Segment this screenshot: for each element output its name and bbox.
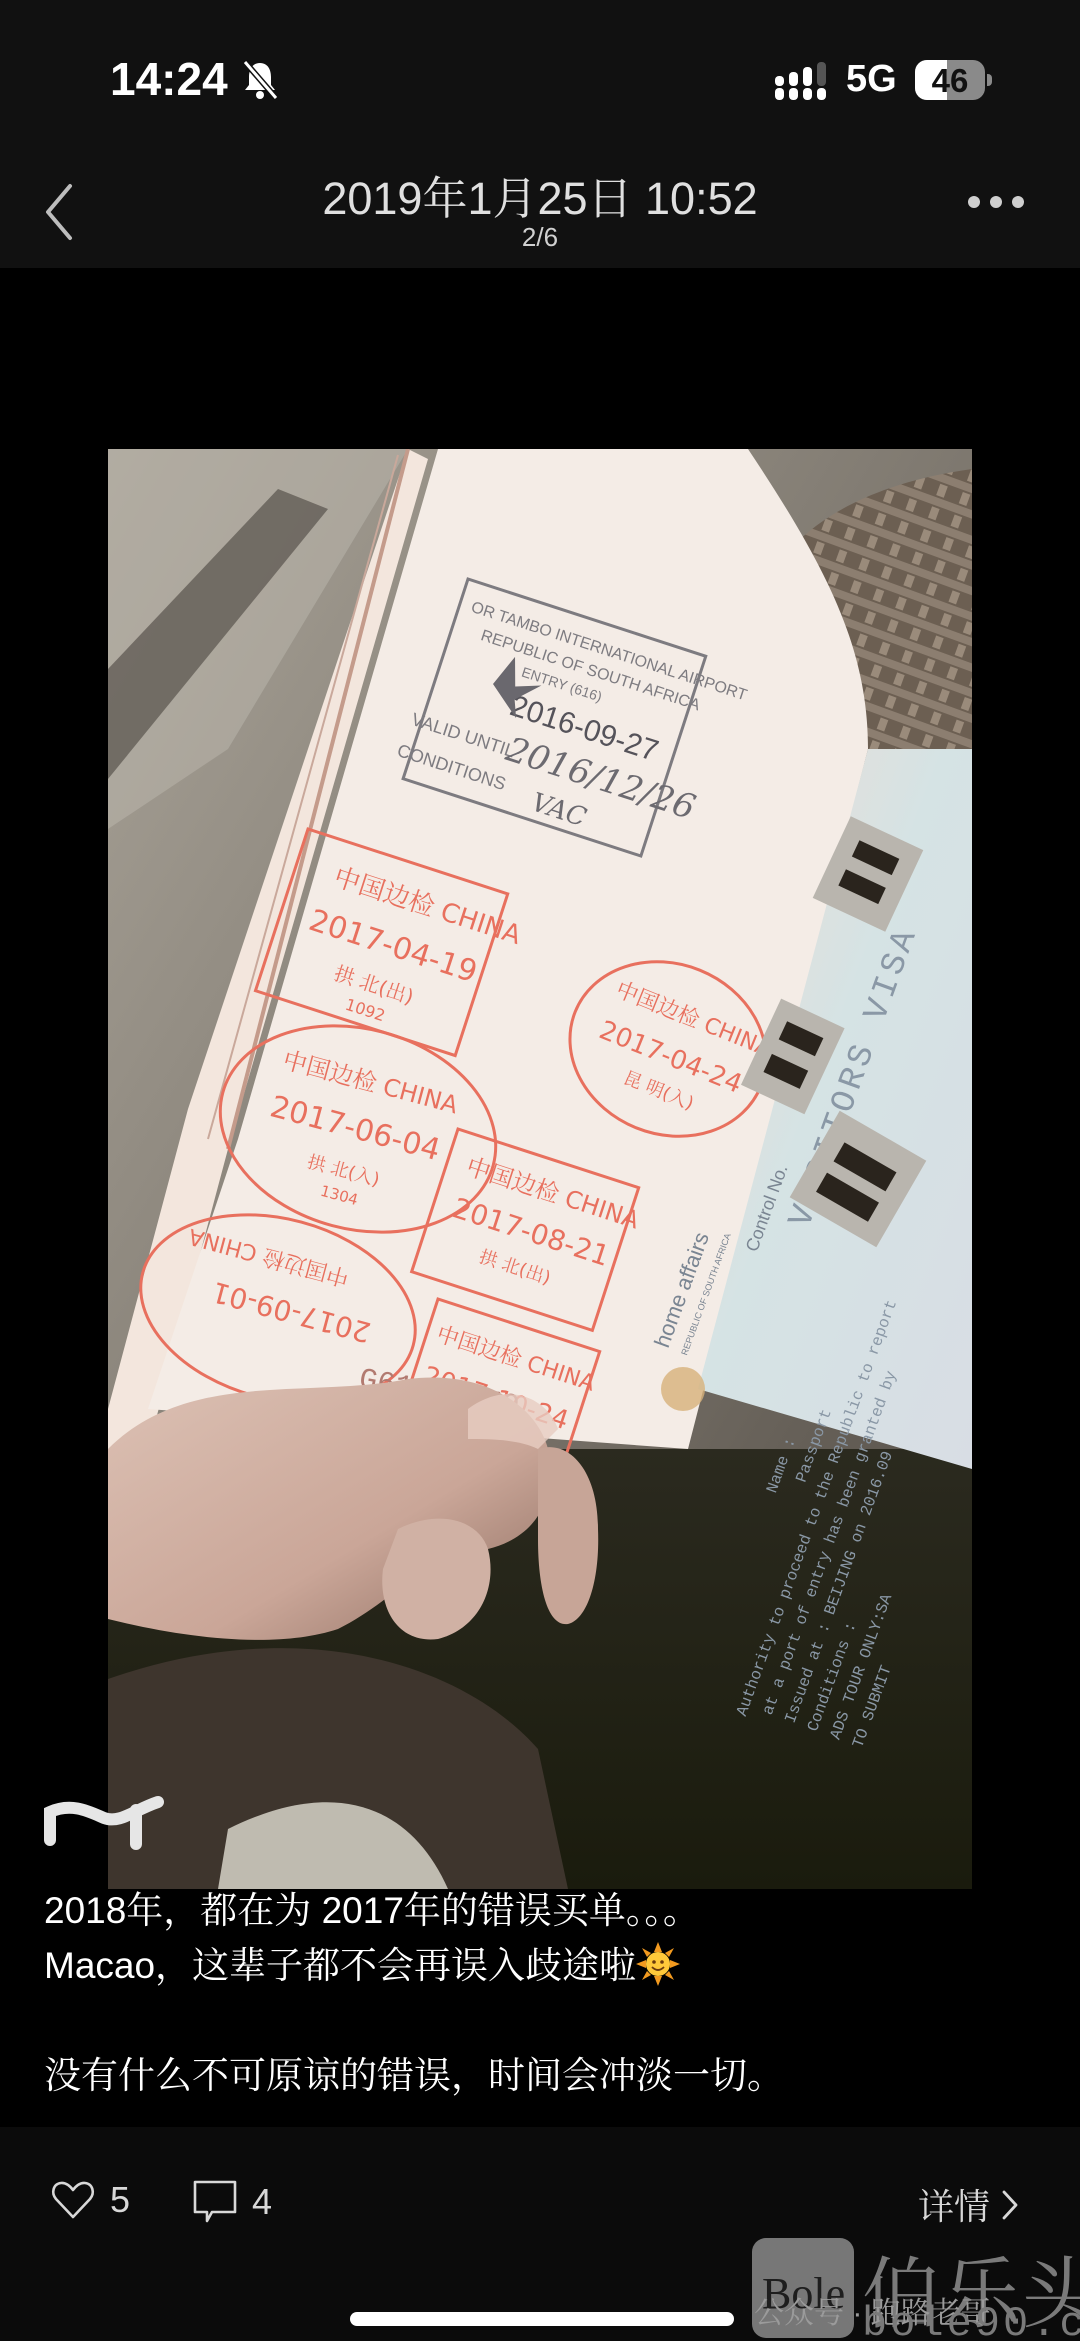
page-title: 2019年1月25日 10:52: [0, 162, 1080, 227]
comment-icon: [192, 2179, 238, 2225]
comment-button[interactable]: 4: [192, 2179, 272, 2225]
home-indicator[interactable]: [350, 2312, 734, 2326]
post-photo[interactable]: OR TAMBO INTERNATIONAL AIRPORT REPUBLIC …: [108, 449, 972, 1889]
caption-line: Macao，这辈子都不会再误入歧途啦: [44, 1938, 1044, 1993]
heart-icon: [50, 2179, 96, 2221]
sun-with-face-icon: [636, 1942, 680, 1986]
caption-line: 2018年，都在为 2017年的错误买单。。。: [44, 1883, 1044, 1938]
ellipsis-dot: [990, 196, 1002, 208]
watermark-url: bole90.com: [862, 2300, 1080, 2341]
network-type: 5G: [846, 58, 897, 101]
chevron-right-icon: [1000, 2188, 1020, 2222]
status-time: 14:24: [110, 52, 228, 106]
battery-indicator: 46: [915, 60, 985, 100]
more-options-button[interactable]: [968, 196, 1032, 208]
caption-text: Macao，这辈子都不会再误入歧途啦: [44, 1945, 636, 1986]
like-button[interactable]: 5: [50, 2179, 130, 2221]
ellipsis-icon: [968, 196, 980, 208]
like-count: 5: [110, 2179, 130, 2221]
comment-count: 4: [252, 2181, 272, 2223]
battery-percent: 46: [915, 62, 985, 100]
caption-line: [44, 1993, 1044, 2048]
post-caption: 2018年，都在为 2017年的错误买单。。。 Macao，这辈子都不会再误入歧…: [44, 1883, 1044, 2103]
caption-line: 没有什么不可原谅的错误，时间会冲淡一切。: [44, 2048, 1044, 2103]
cellular-signal-icon: [775, 62, 830, 102]
bell-slash-icon: [240, 58, 280, 102]
ellipsis-dot: [1012, 196, 1024, 208]
photo-counter: 2/6: [0, 222, 1080, 253]
details-label: 详情: [918, 2179, 990, 2230]
overlay-watermark: Bole 伯乐头条 公众号 · 跑路老哥 bole90.com: [752, 2238, 1080, 2341]
details-button[interactable]: 详情: [918, 2179, 1020, 2230]
meitu-logo: [42, 1790, 167, 1850]
top-bar: 14:24 5G 46 2019年1月25日 10:52 2/6: [0, 0, 1080, 268]
passport-photo: OR TAMBO INTERNATIONAL AIRPORT REPUBLIC …: [108, 449, 972, 1889]
battery-tip: [987, 74, 992, 86]
